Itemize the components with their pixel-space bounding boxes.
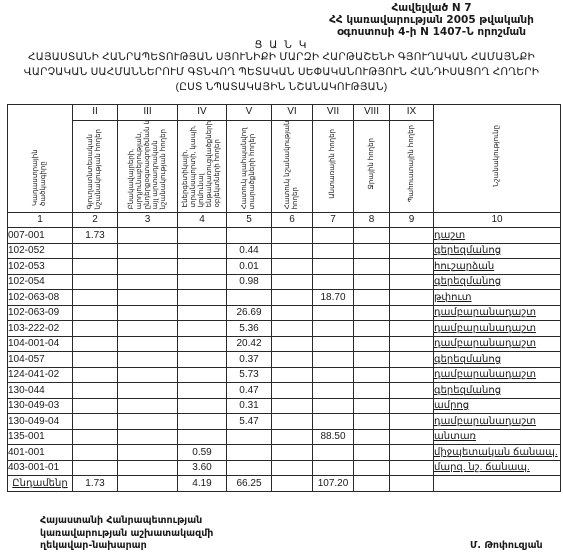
special-purpose-area xyxy=(272,414,313,430)
header-text: Անտառային հողեր xyxy=(329,129,337,199)
document-heading: ՀԱՅԱՍՏԱՆԻ ՀԱՆՐԱՊԵՏՈՒԹՅԱՆ ՍՅՈՒՆԻՔԻ ՄԱՐԶԻ … xyxy=(0,50,563,95)
col-num: 1 xyxy=(8,212,73,228)
header-special-purpose: Հատուկ նշանակության հողեր xyxy=(272,120,313,212)
roman-ii: II xyxy=(73,105,118,121)
settlements-area xyxy=(118,383,178,399)
signatory-name: Մ. Թոփուզյան xyxy=(470,540,543,551)
special-purpose-area xyxy=(272,321,313,337)
reserve-area xyxy=(390,336,434,352)
cadastral-code: 007-001 xyxy=(8,228,73,244)
table-row: 102-0520.44գերեզմանոց xyxy=(8,243,561,259)
forest-area: 18.70 xyxy=(313,290,354,306)
water-area xyxy=(354,445,390,461)
protected-area: 0.01 xyxy=(227,259,272,275)
forest-area xyxy=(313,367,354,383)
col-num: 10 xyxy=(434,212,561,228)
settlements-area xyxy=(118,429,178,445)
header-text: Էներգետիկայի, տրանսպորտի, կապի, կոմունալ… xyxy=(182,121,222,207)
energy-transport-area xyxy=(178,367,227,383)
purpose-description: գերեզմանոց xyxy=(434,383,561,399)
header-text: Նշանակությունը xyxy=(493,125,501,187)
energy-transport-area xyxy=(178,429,227,445)
purpose-description: թփուտ xyxy=(434,290,561,306)
cadastral-code: 130-049-04 xyxy=(8,414,73,430)
table-row: 130-049-030.31ամրոց xyxy=(8,398,561,414)
roman-iii: III xyxy=(118,105,178,121)
total-protected: 66.25 xyxy=(227,476,272,492)
reserve-area xyxy=(390,383,434,399)
total-agricultural: 1.73 xyxy=(73,476,118,492)
agricultural-area xyxy=(73,429,118,445)
reserve-area xyxy=(390,445,434,461)
protected-area xyxy=(227,460,272,476)
table-row: 102-0530.01հուշարձան xyxy=(8,259,561,275)
special-purpose-area xyxy=(272,367,313,383)
protected-area xyxy=(227,290,272,306)
table-row: 102-063-0818.70թփուտ xyxy=(8,290,561,306)
table-row: 401-0010.59միջպետական ճանապ. xyxy=(8,445,561,461)
water-area xyxy=(354,367,390,383)
cadastral-code: 104-001-04 xyxy=(8,336,73,352)
total-row: Ընդամենը1.734.1966.25107.20 xyxy=(8,476,561,492)
purpose-description: հուշարձան xyxy=(434,259,561,275)
protected-area: 5.36 xyxy=(227,321,272,337)
annex-date: օգոստոսի 4-ի N 1407-Ն որոշման xyxy=(300,26,563,38)
cadastral-code: 401-001 xyxy=(8,445,73,461)
energy-transport-area xyxy=(178,321,227,337)
energy-transport-area xyxy=(178,243,227,259)
protected-area: 0.31 xyxy=(227,398,272,414)
agricultural-area xyxy=(73,321,118,337)
settlements-area xyxy=(118,243,178,259)
energy-transport-area xyxy=(178,352,227,368)
table-row: 102-063-0926.69դամբարանադաշտ xyxy=(8,305,561,321)
water-area xyxy=(354,228,390,244)
forest-area xyxy=(313,228,354,244)
header-cadastral-code: Կադաստրային ծածկագիրը xyxy=(8,105,73,213)
header-water: Ջրային հողեր xyxy=(354,120,390,212)
reserve-area xyxy=(390,228,434,244)
roman-iv: IV xyxy=(178,105,227,121)
reserve-area xyxy=(390,305,434,321)
total-label: Ընդամենը xyxy=(8,476,73,492)
roman-vii: VII xyxy=(313,105,354,121)
energy-transport-area xyxy=(178,228,227,244)
settlements-area xyxy=(118,305,178,321)
total-purpose xyxy=(434,476,561,492)
agricultural-area xyxy=(73,414,118,430)
table-row: 104-0570.37գերեզմանոց xyxy=(8,352,561,368)
energy-transport-area xyxy=(178,290,227,306)
cadastral-code: 403-001-01 xyxy=(8,460,73,476)
header-reserve: Պահուստային հողեր xyxy=(390,120,434,212)
protected-area: 0.37 xyxy=(227,352,272,368)
header-settlements-industrial: Բնակավայրերի, արդյունաբերության, ընդերքօ… xyxy=(118,120,178,212)
table-row: 130-049-045.47դամբարանադաշտ xyxy=(8,414,561,430)
special-purpose-area xyxy=(272,243,313,259)
energy-transport-area xyxy=(178,336,227,352)
cadastral-code: 102-063-08 xyxy=(8,290,73,306)
total-energy-transport: 4.19 xyxy=(178,476,227,492)
protected-area xyxy=(227,429,272,445)
table-row: 007-0011.73դաշտ xyxy=(8,228,561,244)
forest-area xyxy=(313,336,354,352)
water-area xyxy=(354,460,390,476)
agricultural-area xyxy=(73,398,118,414)
purpose-description: դամբարանադաշտ xyxy=(434,367,561,383)
purpose-description: գերեզմանոց xyxy=(434,243,561,259)
reserve-area xyxy=(390,460,434,476)
agricultural-area xyxy=(73,305,118,321)
land-list-table: Կադաստրային ծածկագիրը II III IV V VI VII… xyxy=(7,104,561,492)
settlements-area xyxy=(118,336,178,352)
settlements-area xyxy=(118,367,178,383)
protected-area: 20.42 xyxy=(227,336,272,352)
table-row: 104-001-0420.42դամբարանադաշտ xyxy=(8,336,561,352)
col-num: 6 xyxy=(272,212,313,228)
forest-area xyxy=(313,243,354,259)
roman-viii: VIII xyxy=(354,105,390,121)
heading-line-2: ՎԱՐՉԱԿԱՆ ՍԱՀՄԱՆՆԵՐՈՒՄ ԳՏՆՎՈՂ ՊԵՏԱԿԱՆ ՍԵՓ… xyxy=(0,65,563,80)
forest-area xyxy=(313,274,354,290)
settlements-area xyxy=(118,228,178,244)
cadastral-code: 130-049-03 xyxy=(8,398,73,414)
special-purpose-area xyxy=(272,460,313,476)
special-purpose-area xyxy=(272,352,313,368)
roman-header-row: Կադաստրային ծածկագիրը II III IV V VI VII… xyxy=(8,105,561,121)
special-purpose-area xyxy=(272,274,313,290)
cadastral-code: 102-063-09 xyxy=(8,305,73,321)
purpose-description: դաշտ xyxy=(434,228,561,244)
forest-area xyxy=(313,414,354,430)
energy-transport-area xyxy=(178,398,227,414)
energy-transport-area xyxy=(178,383,227,399)
agricultural-area xyxy=(73,259,118,275)
cadastral-code: 102-052 xyxy=(8,243,73,259)
cadastral-code: 124-041-02 xyxy=(8,367,73,383)
protected-area: 0.98 xyxy=(227,274,272,290)
reserve-area xyxy=(390,429,434,445)
water-area xyxy=(354,321,390,337)
special-purpose-area xyxy=(272,290,313,306)
reserve-area xyxy=(390,352,434,368)
water-area xyxy=(354,259,390,275)
forest-area xyxy=(313,383,354,399)
signatory-line-1: Հայաստանի Հանրապետության xyxy=(40,515,213,528)
header-purpose: Նշանակությունը xyxy=(434,105,561,213)
purpose-description: գերեզմանոց xyxy=(434,352,561,368)
water-area xyxy=(354,305,390,321)
reserve-area xyxy=(390,321,434,337)
special-purpose-area xyxy=(272,259,313,275)
agricultural-area xyxy=(73,290,118,306)
special-purpose-area xyxy=(272,398,313,414)
forest-area xyxy=(313,460,354,476)
protected-area xyxy=(227,445,272,461)
table-row: 403-001-013.60մարզ. նշ. ճանապ. xyxy=(8,460,561,476)
total-forest: 107.20 xyxy=(313,476,354,492)
settlements-area xyxy=(118,259,178,275)
agricultural-area xyxy=(73,367,118,383)
water-area xyxy=(354,274,390,290)
protected-area: 5.73 xyxy=(227,367,272,383)
cadastral-code: 102-053 xyxy=(8,259,73,275)
purpose-description: ամրոց xyxy=(434,398,561,414)
annex-number: Հավելված N 7 xyxy=(300,2,563,14)
col-num: 7 xyxy=(313,212,354,228)
header-text: Կադաստրային ծածկագիրը xyxy=(32,106,48,206)
water-area xyxy=(354,336,390,352)
purpose-description: դամբարանադաշտ xyxy=(434,305,561,321)
header-protected-areas: Հատուկ պահպանվող տարածքների հողեր xyxy=(227,120,272,212)
agricultural-area xyxy=(73,274,118,290)
header-forest: Անտառային հողեր xyxy=(313,120,354,212)
table-row: 130-0440.47գերեզմանոց xyxy=(8,383,561,399)
table-row: 135-00188.50անտառ xyxy=(8,429,561,445)
agricultural-area xyxy=(73,383,118,399)
heading-line-1: ՀԱՅԱՍՏԱՆԻ ՀԱՆՐԱՊԵՏՈՒԹՅԱՆ ՍՅՈՒՆԻՔԻ ՄԱՐԶԻ … xyxy=(0,50,563,65)
total-settlements xyxy=(118,476,178,492)
purpose-description: դամբարանադաշտ xyxy=(434,336,561,352)
purpose-description: միջպետական ճանապ. xyxy=(434,445,561,461)
water-area xyxy=(354,352,390,368)
settlements-area xyxy=(118,352,178,368)
special-purpose-area xyxy=(272,445,313,461)
energy-transport-area xyxy=(178,274,227,290)
energy-transport-area xyxy=(178,414,227,430)
special-purpose-area xyxy=(272,228,313,244)
table-row: 103-222-025.36դամբարանադաշտ xyxy=(8,321,561,337)
reserve-area xyxy=(390,367,434,383)
water-area xyxy=(354,383,390,399)
water-area xyxy=(354,414,390,430)
agricultural-area xyxy=(73,352,118,368)
forest-area xyxy=(313,445,354,461)
water-area xyxy=(354,243,390,259)
protected-area: 26.69 xyxy=(227,305,272,321)
cadastral-code: 102-054 xyxy=(8,274,73,290)
settlements-area xyxy=(118,460,178,476)
table-row: 124-041-025.73դամբարանադաշտ xyxy=(8,367,561,383)
settlements-area xyxy=(118,321,178,337)
header-text: Հատուկ նշանակության հողեր xyxy=(284,120,300,209)
agricultural-area xyxy=(73,445,118,461)
reserve-area xyxy=(390,398,434,414)
protected-area xyxy=(227,228,272,244)
total-water xyxy=(354,476,390,492)
annex-decision: ՀՀ կառավարության 2005 թվականի xyxy=(300,14,563,26)
settlements-area xyxy=(118,290,178,306)
agricultural-area xyxy=(73,243,118,259)
annex-reference: Հավելված N 7 ՀՀ կառավարության 2005 թվակա… xyxy=(300,2,563,38)
forest-area xyxy=(313,305,354,321)
header-text: Գյուղատնտեսական նշանակության հողեր xyxy=(87,120,103,209)
cadastral-code: 103-222-02 xyxy=(8,321,73,337)
special-purpose-area xyxy=(272,336,313,352)
signatory-title: Հայաստանի Հանրապետության կառավարության ա… xyxy=(40,515,213,553)
signatory-line-2: կառավարության աշխատակազմի xyxy=(40,528,213,541)
purpose-description: գերեզմանոց xyxy=(434,274,561,290)
agricultural-area xyxy=(73,336,118,352)
settlements-area xyxy=(118,445,178,461)
forest-area: 88.50 xyxy=(313,429,354,445)
roman-vi: VI xyxy=(272,105,313,121)
energy-transport-area xyxy=(178,259,227,275)
reserve-area xyxy=(390,274,434,290)
col-num: 5 xyxy=(227,212,272,228)
settlements-area xyxy=(118,398,178,414)
forest-area xyxy=(313,398,354,414)
cadastral-code: 104-057 xyxy=(8,352,73,368)
heading-line-3: (ԸՍՏ ՆՊԱՏԱԿԱՅԻՆ ՆՇԱՆԱԿՈՒԹՅԱՆ) xyxy=(0,80,563,95)
special-purpose-area xyxy=(272,305,313,321)
reserve-area xyxy=(390,414,434,430)
purpose-description: մարզ. նշ. ճանապ. xyxy=(434,460,561,476)
purpose-description: դամբարանադաշտ xyxy=(434,321,561,337)
energy-transport-area xyxy=(178,305,227,321)
header-text: Բնակավայրերի, արդյունաբերության, ընդերքօ… xyxy=(128,120,168,209)
reserve-area xyxy=(390,259,434,275)
total-reserve xyxy=(390,476,434,492)
column-number-row: 1 2 3 4 5 6 7 8 9 10 xyxy=(8,212,561,228)
settlements-area xyxy=(118,274,178,290)
reserve-area xyxy=(390,290,434,306)
col-num: 9 xyxy=(390,212,434,228)
energy-transport-area: 0.59 xyxy=(178,445,227,461)
water-area xyxy=(354,429,390,445)
header-text: Հատուկ պահպանվող տարածքների հողեր xyxy=(241,120,257,209)
roman-ix: IX xyxy=(390,105,434,121)
purpose-description: անտառ xyxy=(434,429,561,445)
protected-area: 5.47 xyxy=(227,414,272,430)
cadastral-code: 135-001 xyxy=(8,429,73,445)
purpose-description: դամբարանադաշտ xyxy=(434,414,561,430)
protected-area: 0.47 xyxy=(227,383,272,399)
settlements-area xyxy=(118,414,178,430)
header-text: Ջրային հողեր xyxy=(368,138,376,190)
roman-v: V xyxy=(227,105,272,121)
cadastral-code: 130-044 xyxy=(8,383,73,399)
col-num: 2 xyxy=(73,212,118,228)
header-text: Պահուստային հողեր xyxy=(408,125,416,202)
special-purpose-area xyxy=(272,429,313,445)
header-energy-transport: Էներգետիկայի, տրանսպորտի, կապի, կոմունալ… xyxy=(178,120,227,212)
forest-area xyxy=(313,321,354,337)
protected-area: 0.44 xyxy=(227,243,272,259)
water-area xyxy=(354,290,390,306)
signatory-line-3: ղեկավար-նախարար xyxy=(40,540,213,553)
col-num: 3 xyxy=(118,212,178,228)
agricultural-area: 1.73 xyxy=(73,228,118,244)
reserve-area xyxy=(390,243,434,259)
special-purpose-area xyxy=(272,383,313,399)
forest-area xyxy=(313,352,354,368)
col-num: 8 xyxy=(354,212,390,228)
forest-area xyxy=(313,259,354,275)
col-num: 4 xyxy=(178,212,227,228)
header-agricultural: Գյուղատնտեսական նշանակության հողեր xyxy=(73,120,118,212)
table-row: 102-0540.98գերեզմանոց xyxy=(8,274,561,290)
total-special-purpose xyxy=(272,476,313,492)
water-area xyxy=(354,398,390,414)
energy-transport-area: 3.60 xyxy=(178,460,227,476)
agricultural-area xyxy=(73,460,118,476)
